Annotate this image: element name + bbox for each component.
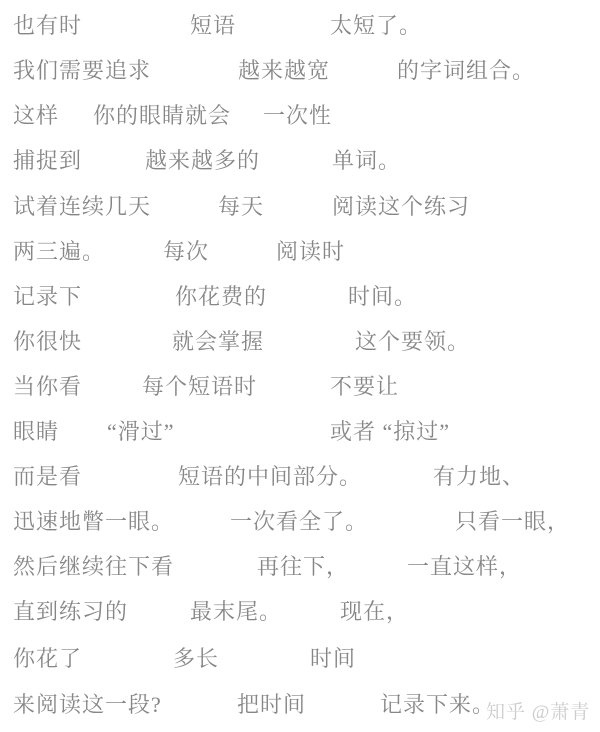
text-segment: 你很快 [13,330,82,354]
text-segment: 时间。 [348,285,417,309]
text-segment: 再往下， [257,555,349,579]
document-page: 也有时短语太短了。我们需要追求越来越宽的字词组合。这样你的眼睛就会一次性捕捉到越… [0,0,600,732]
text-segment: 最末尾。 [190,600,282,624]
text-segment: 也有时 [13,14,82,38]
text-segment: 现在， [340,600,409,624]
text-segment: 当你看 [13,375,82,399]
text-segment: 把时间 [237,693,306,717]
text-segment: 眼睛 [13,420,59,444]
text-segment: 阅读这个练习 [332,195,470,219]
text-segment: 记录下来。 [380,693,495,717]
text-segment: 不要让 [330,375,399,399]
text-segment: 记录下 [13,285,82,309]
text-segment: 两三遍。 [13,240,105,264]
text-segment: 的字词组合。 [397,59,535,83]
text-segment: 一直这样， [407,555,522,579]
text-segment: 每天 [218,195,264,219]
text-segment: 短语 [190,14,236,38]
text-layer: 也有时短语太短了。我们需要追求越来越宽的字词组合。这样你的眼睛就会一次性捕捉到越… [0,0,600,732]
text-segment: 迅速地瞥一眼。 [13,510,174,534]
text-segment: “滑过” [107,420,175,444]
text-segment: 一次性 [263,104,332,128]
text-segment: 你花费的 [175,285,267,309]
text-segment: 每个短语时 [142,375,257,399]
text-segment: 一次看全了。 [230,510,368,534]
text-segment: 每次 [163,240,209,264]
text-segment: 直到练习的 [13,600,128,624]
text-segment: 然后继续往下看 [13,555,174,579]
text-segment: 就会掌握 [172,330,264,354]
text-segment: 时间 [310,647,356,671]
text-segment: 捕捉到 [13,149,82,173]
text-segment: 而是看 [13,465,82,489]
text-segment: 太短了。 [330,14,422,38]
text-segment: 这样 [13,104,59,128]
text-segment: 我们需要追求 [13,59,151,83]
text-segment: 有力地、 [433,465,525,489]
text-segment: 多长 [173,647,219,671]
text-segment: 或者 “掠过” [330,420,450,444]
text-segment: 单词。 [332,149,401,173]
text-segment: 这个要领。 [355,330,470,354]
text-segment: 试着连续几天 [13,195,151,219]
zhihu-watermark: 知乎 @萧青 [486,697,590,724]
text-segment: 越来越宽 [238,59,330,83]
text-segment: 阅读时 [276,240,345,264]
text-segment: 越来越多的 [145,149,260,173]
text-segment: 来阅读这一段? [13,693,162,717]
text-segment: 只看一眼， [455,510,570,534]
text-segment: 短语的中间部分。 [178,465,362,489]
text-segment: 你的眼睛就会 [93,104,231,128]
text-segment: 你花了 [13,647,82,671]
